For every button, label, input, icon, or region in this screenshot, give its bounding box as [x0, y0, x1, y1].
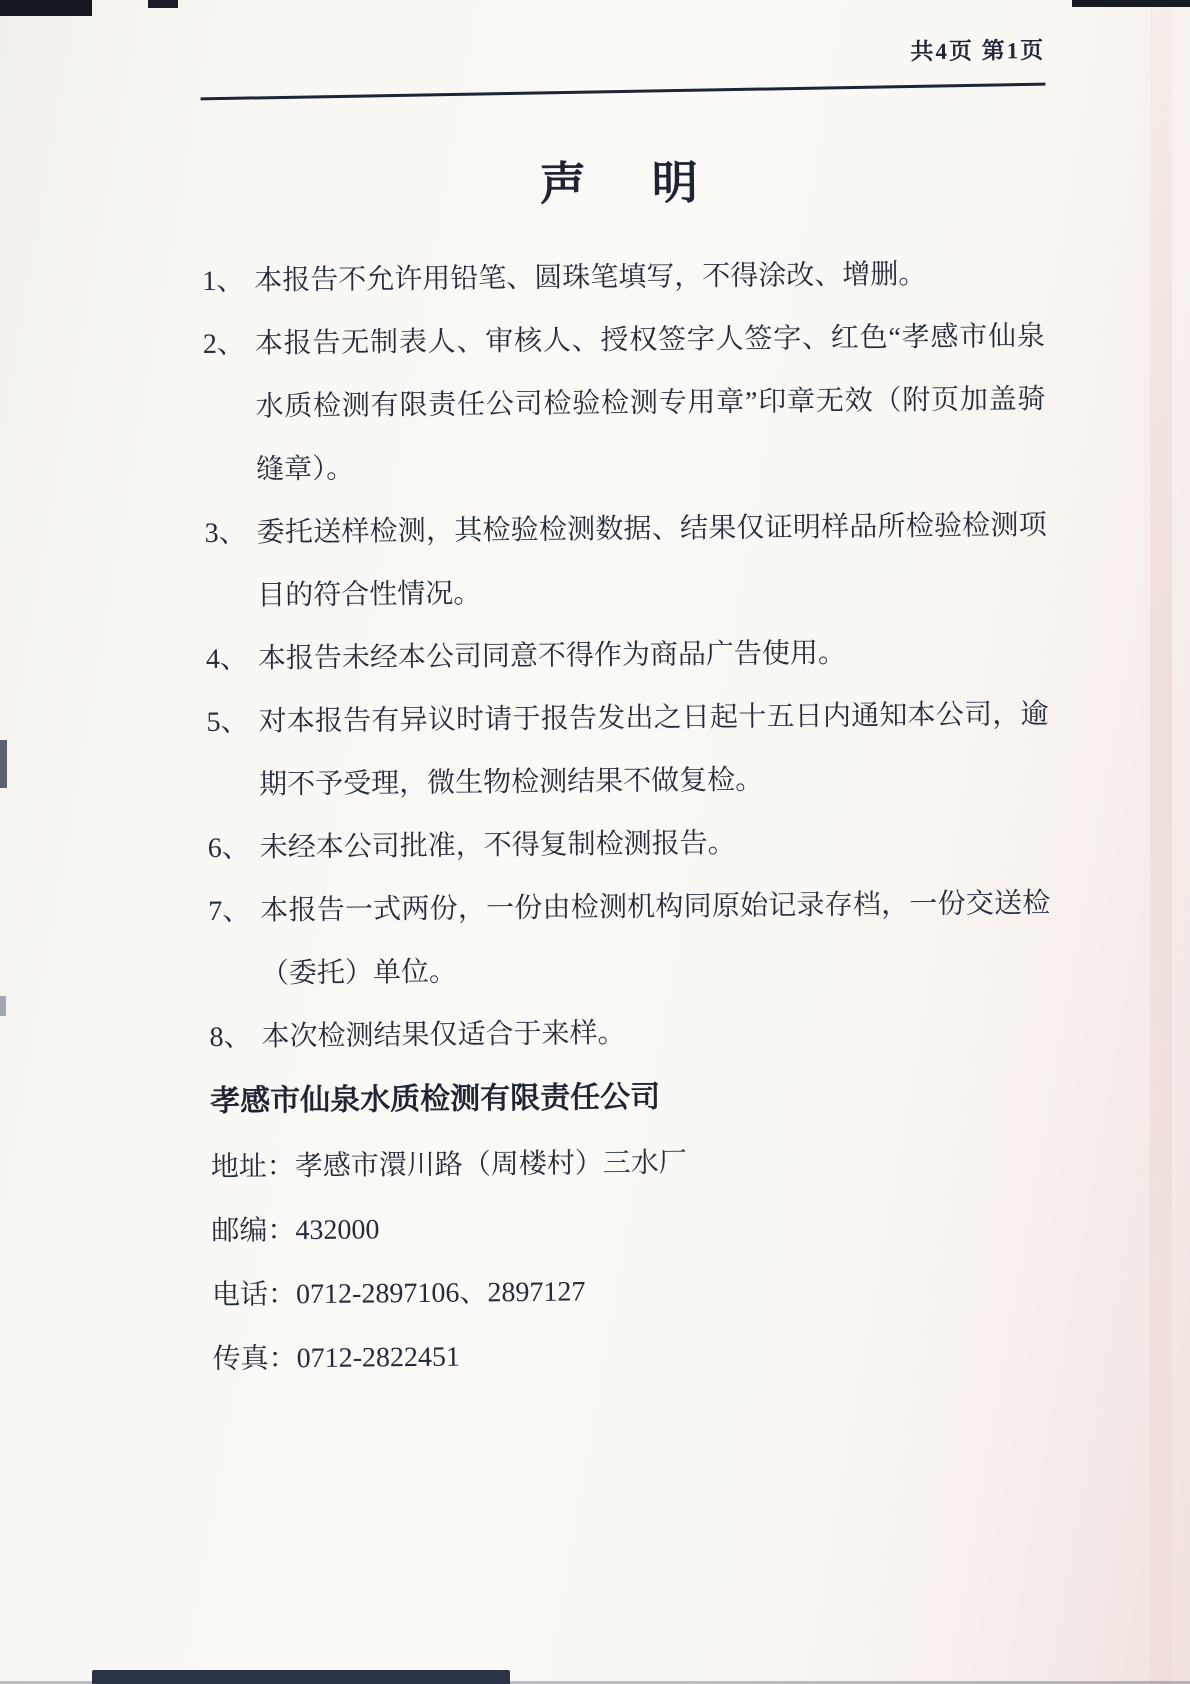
statement-item-5: 5、 对本报告有异议时请于报告发出之日起十五日内通知本公司，逾期不予受理，微生物…	[206, 683, 1052, 817]
postcode-value: 432000	[295, 1214, 379, 1246]
header-rule	[201, 83, 1046, 101]
statement-item-1: 1、 本报告不允许用铅笔、圆珠笔填写，不得涂改、增删。	[202, 242, 1048, 313]
contact-block: 孝感市仙泉水质检测有限责任公司 地址：孝感市澴川路（周楼村）三水厂 邮编：432…	[210, 1061, 1058, 1391]
scanned-document-page: 共4页 第1页 声 明 1、 本报告不允许用铅笔、圆珠笔填写，不得涂改、增删。 …	[0, 0, 1190, 1684]
postcode-label: 邮编：	[211, 1214, 295, 1246]
statement-item-8: 8、 本次检测结果仅适合于来样。	[209, 998, 1055, 1069]
statement-number: 1、	[202, 249, 255, 312]
fax-row: 传真：0712-2822451	[212, 1319, 1058, 1391]
statement-text: 本报告无制表人、审核人、授权签字人签字、红色“孝感市仙泉水质检测有限责任公司检验…	[255, 305, 1047, 502]
statement-number: 4、	[206, 627, 259, 690]
company-name: 孝感市仙泉水质检测有限责任公司	[210, 1061, 1056, 1135]
fax-value: 0712-2822451	[297, 1341, 461, 1374]
statement-item-7: 7、 本报告一式两份，一份由检测机构同原始记录存档，一份交送检（委托）单位。	[208, 872, 1054, 1006]
statement-number: 3、	[204, 501, 257, 564]
statement-number: 5、	[206, 690, 259, 753]
phone-label: 电话：	[212, 1278, 296, 1310]
statement-text: 对本报告有异议时请于报告发出之日起十五日内通知本公司，逾期不予受理，微生物检测结…	[258, 683, 1049, 817]
statement-text: 委托送样检测，其检验检测数据、结果仅证明样品所检验检测项目的符合性情况。	[256, 494, 1047, 628]
statement-text: 本报告不允许用铅笔、圆珠笔填写，不得涂改、增删。	[254, 242, 1045, 313]
phone-row: 电话：0712-2897106、2897127	[212, 1255, 1058, 1327]
document-content: 共4页 第1页 声 明 1、 本报告不允许用铅笔、圆珠笔填写，不得涂改、增删。 …	[200, 36, 1058, 1391]
scan-artifact-left-mark-2	[0, 996, 6, 1016]
pagination-label: 共4页 第1页	[200, 36, 1045, 74]
address-value: 孝感市澴川路（周楼村）三水厂	[295, 1147, 687, 1182]
scan-artifact-top-right	[1072, 0, 1190, 7]
postcode-row: 邮编：432000	[211, 1191, 1057, 1263]
document-title: 声 明	[201, 147, 1047, 219]
statement-text: 本次检测结果仅适合于来样。	[261, 998, 1052, 1069]
statement-item-2: 2、 本报告无制表人、审核人、授权签字人签字、红色“孝感市仙泉水质检测有限责任公…	[203, 305, 1050, 502]
statement-number: 2、	[203, 312, 256, 375]
statement-item-3: 3、 委托送样检测，其检验检测数据、结果仅证明样品所检验检测项目的符合性情况。	[204, 494, 1050, 628]
scan-artifact-top-mark	[148, 0, 178, 8]
fax-label: 传真：	[212, 1342, 296, 1374]
statement-text: 未经本公司批准，不得复制检测报告。	[259, 809, 1050, 880]
statement-item-4: 4、 本报告未经本公司同意不得作为商品广告使用。	[206, 620, 1052, 691]
phone-value: 0712-2897106、2897127	[296, 1276, 586, 1310]
statement-number: 6、	[207, 816, 260, 879]
address-row: 地址：孝感市澴川路（周楼村）三水厂	[210, 1127, 1056, 1199]
scan-artifact-bottom-bar	[92, 1670, 510, 1684]
statement-list: 1、 本报告不允许用铅笔、圆珠笔填写，不得涂改、增删。 2、 本报告无制表人、审…	[202, 242, 1055, 1069]
statement-number: 7、	[208, 879, 261, 942]
statement-number: 8、	[209, 1005, 262, 1068]
address-label: 地址：	[211, 1150, 295, 1182]
statement-text: 本报告一式两份，一份由检测机构同原始记录存档，一份交送检（委托）单位。	[260, 872, 1051, 1006]
scan-artifact-top-left	[0, 0, 92, 16]
statement-item-6: 6、 未经本公司批准，不得复制检测报告。	[207, 809, 1053, 880]
scan-artifact-left-mark	[0, 740, 7, 788]
scan-streak	[1150, 0, 1172, 1684]
statement-text: 本报告未经本公司同意不得作为商品广告使用。	[258, 620, 1049, 691]
